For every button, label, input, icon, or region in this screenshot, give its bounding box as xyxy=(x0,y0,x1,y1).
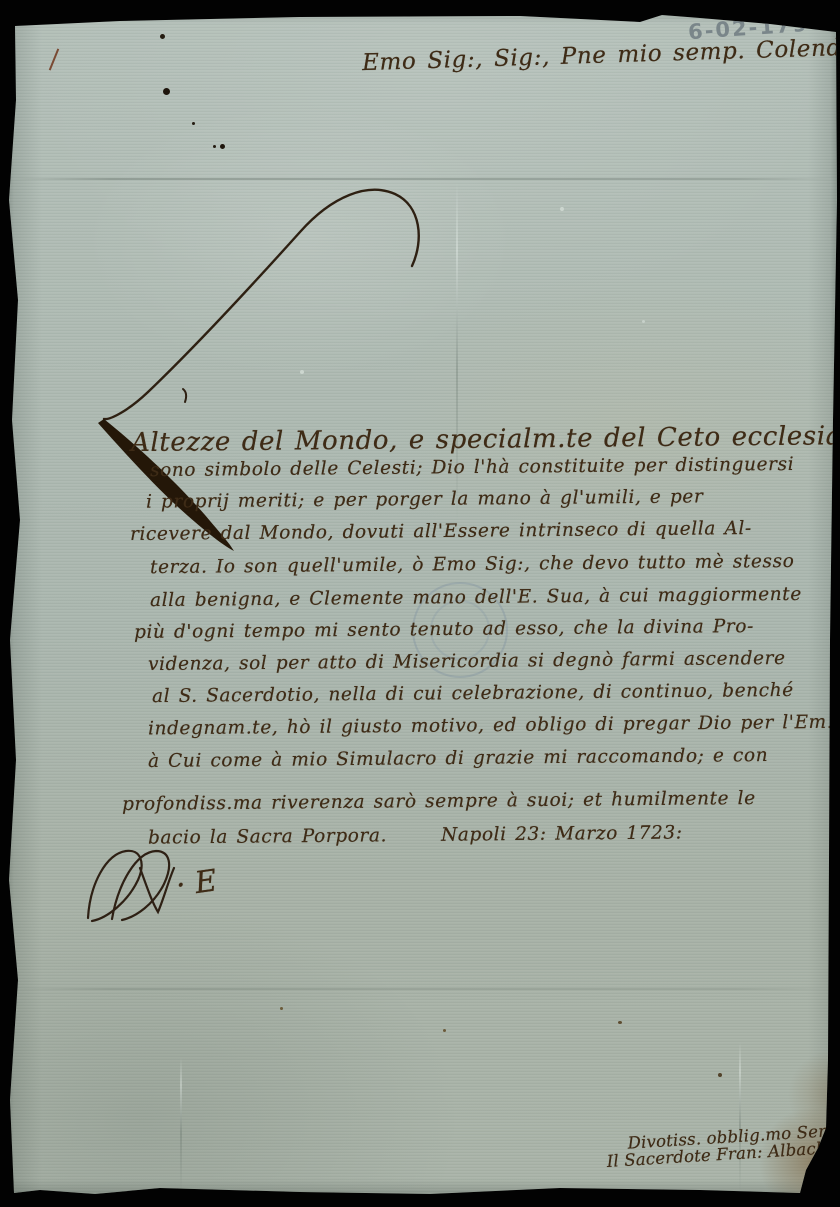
paper-speck xyxy=(718,1073,722,1077)
monogram-letter: · E xyxy=(174,863,219,903)
ink-blot xyxy=(213,145,216,148)
letter-line: i proprij meriti; e per porger la mano à… xyxy=(146,486,704,512)
paper-scratch xyxy=(49,48,59,70)
ink-blot xyxy=(220,144,225,149)
vertical-crease xyxy=(180,1058,182,1194)
horizontal-fold-line xyxy=(12,988,834,990)
letter-line: videnza, sol per atto di Misericordia si… xyxy=(148,648,786,675)
letter-line: à Cui come à mio Simulacro di grazie mi … xyxy=(148,745,768,772)
paper-speck xyxy=(618,1021,622,1024)
signature-block: Divotiss. obblig.mo Ser.re Il Sacerdote … xyxy=(605,1121,837,1171)
letter-line: profondiss.ma riverenza sarò sempre à su… xyxy=(122,788,756,815)
place-date: Napoli 23: Marzo 1723: xyxy=(441,822,683,845)
vertical-crease xyxy=(739,1042,741,1192)
paper-fleck xyxy=(642,320,645,323)
paper-speck xyxy=(443,1029,446,1032)
letter-paper: 6-02-179 Emo Sig:, Sig:, Pne mio semp. C… xyxy=(0,0,840,1207)
paper-fleck xyxy=(560,207,564,211)
letter-line: alla benigna, e Clemente mano dell'E. Su… xyxy=(150,584,802,611)
scanned-document-page: 6-02-179 Emo Sig:, Sig:, Pne mio semp. C… xyxy=(0,0,840,1207)
ink-blot xyxy=(163,88,170,95)
letter-line: indegnam.te, hò il giusto motivo, ed obl… xyxy=(148,712,840,740)
opening-flourish-initial xyxy=(80,175,440,575)
salutation-line: Emo Sig:, Sig:, Pne mio semp. Colendmo xyxy=(362,34,840,76)
letter-line: più d'ogni tempo mi sento tenuto ad esso… xyxy=(134,616,754,643)
letter-line: al S. Sacerdotio, nella di cui celebrazi… xyxy=(152,680,794,707)
ink-blot xyxy=(160,34,165,39)
ink-blot xyxy=(192,122,195,125)
paper-speck xyxy=(280,1007,283,1010)
